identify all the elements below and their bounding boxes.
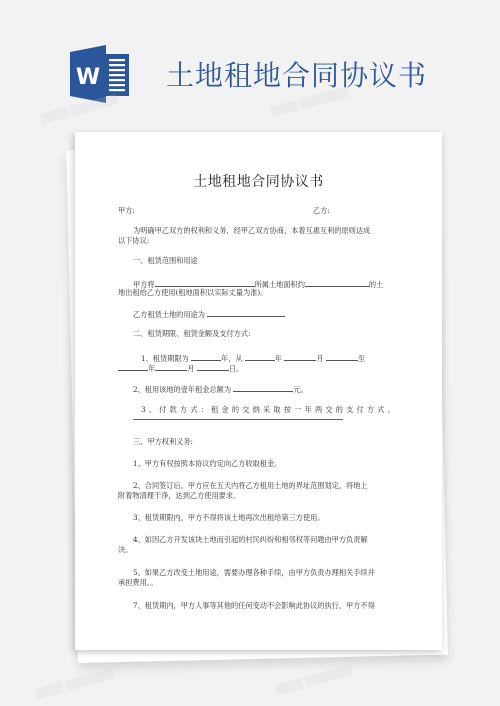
section-3-item-3: 3、租赁期限内，甲方不得将该土地再次出租给第三方使用。 [133,513,324,523]
svg-text:W: W [76,65,100,90]
section-3-item-2-line-1: 2、合同签订后，甲方应在五天内将乙方租用土地的界址范围划定，将地上 [133,481,368,491]
blank-field[interactable] [284,352,316,361]
word-icon: W [69,44,133,104]
text: 元。 [293,385,307,394]
section-3-item-7: 7、租赁期内，甲方人事等其他的任何变动不会影响此协议的执行，甲方不得 [133,601,375,611]
section-2-item-3: 3、付款方式：租金的交纳采取按一年两交的支付方式， [141,405,398,415]
text: 日。 [229,364,243,373]
blank-field[interactable] [326,352,358,361]
section-2-item-2: 2、租用该地的壹年租金总额为 元。 [133,383,308,395]
section-3-heading: 三、甲方权利义务: [133,437,193,447]
section-2-heading: 二、租赁期限、租赁金额及支付方式: [133,329,250,339]
document-title: 土地租地合同协议书 [75,177,442,187]
text: 年 [148,364,155,373]
section-1-heading: 一、租赁范围和用途 [133,256,198,266]
text: 至 [358,354,365,363]
intro-line-1: 为明确甲乙双方的权利和义务，经甲乙双方协商，本着互惠互利的原则达成 [133,226,370,236]
section-1-para-1-line-2: 地出租给乙方使用(租地面积以实际丈量为准)。 [118,288,267,298]
blank-field[interactable] [197,362,229,371]
document-body: 土地租地合同协议书 甲方: 乙方: 为明确甲乙双方的权利和义务，经甲乙双方协商，… [75,132,442,650]
fill-in-line[interactable] [133,419,343,420]
blank-field[interactable] [191,352,221,361]
text: 年 [275,354,282,363]
document-page: 土地租地合同协议书 甲方: 乙方: 为明确甲乙双方的权利和义务，经甲乙双方协商，… [75,132,442,650]
blank-field[interactable] [118,362,148,371]
watermark: ▒▒▒▒ ▒▒▒▒▒▒▒ [35,670,114,700]
section-3-item-2-line-2: 附着物清理干净，达到乙方使用要求。 [118,491,240,501]
blank-field[interactable] [245,352,275,361]
section-3-item-4-line-2: 决。 [118,545,132,555]
blank-field[interactable] [207,308,285,317]
section-3-item-5-line-2: 承担费用。。 [118,578,158,588]
section-3-item-5-line-1: 5、如果乙方改变土地用途，需要办理各种手续，由甲方负责办理相关手续并 [133,568,375,578]
party-b-label: 乙方: [313,206,330,216]
party-a-label: 甲方: [118,206,135,216]
text: 乙方租赁土地的用途为 [133,310,205,319]
blank-field[interactable] [305,278,369,287]
section-3-item-1: 1、甲方有权按照本协议约定向乙方收取租金。 [133,459,281,469]
blank-field[interactable] [233,383,293,392]
text: 月 [187,364,194,373]
text: 2、租用该地的壹年租金总额为 [133,385,231,394]
header: W 土地租地合同协议书 [0,0,500,125]
intro-line-2: 以下协议: [118,236,149,246]
watermark: ▒▒▒▒ ▒▒▒▒▒▒▒ [275,666,354,696]
blank-field[interactable] [155,362,187,371]
text: 月 [316,354,323,363]
header-title: 土地租地合同协议书 [166,54,427,94]
section-3-item-4-line-1: 4、如因乙方开发该块土地而引起的村民纠纷和相邻权等问题由甲方负责解 [133,535,368,545]
text: 的土 [369,280,383,289]
blank-field[interactable] [155,278,255,287]
section-2-item-1-line-2: 年月 日。 [118,362,243,374]
section-1-para-2: 乙方租赁土地的用途为 [133,308,285,320]
